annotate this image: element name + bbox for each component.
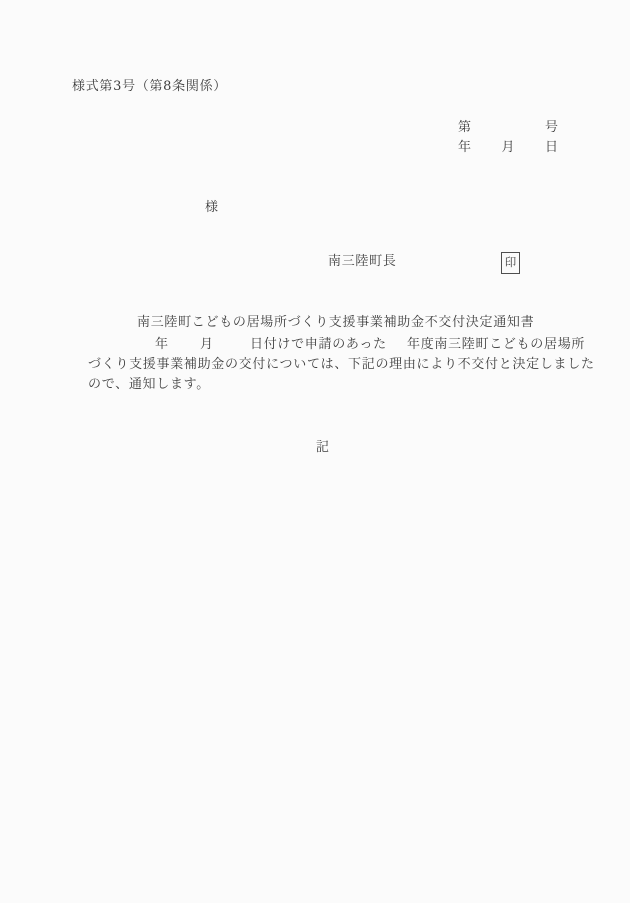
body-day-phrase: 日付けで申請のあった — [250, 338, 387, 351]
date-month-label: 月 — [501, 141, 514, 154]
body-fiscal-phrase: 年度南三陸町こどもの居場所 — [407, 338, 585, 351]
date-day-label: 日 — [545, 141, 558, 154]
body-year-label: 年 — [155, 338, 169, 351]
date-line: 年 月 日 — [458, 141, 558, 154]
document-page: 様式第3号（第8条関係） 第 号 年 月 日 様 南三陸町長 印 南三陸町こども… — [0, 0, 630, 903]
doc-number-line: 第 号 — [458, 121, 558, 134]
seal-box: 印 — [501, 252, 520, 274]
doc-number-suffix: 号 — [545, 121, 558, 134]
doc-number-prefix: 第 — [458, 121, 471, 134]
document-title: 南三陸町こどもの居場所づくり支援事業補助金不交付決定通知書 — [137, 316, 534, 329]
date-year-label: 年 — [458, 141, 471, 154]
form-number: 様式第3号（第8条関係） — [72, 80, 227, 93]
sender-title: 南三陸町長 — [328, 255, 397, 268]
record-marker: 記 — [316, 441, 330, 454]
body-month-label: 月 — [200, 338, 214, 351]
addressee-suffix: 様 — [205, 201, 219, 214]
body-line-3: ので、通知します。 — [88, 378, 210, 391]
seal-label: 印 — [505, 257, 517, 269]
body-line-2: づくり支援事業補助金の交付については、下記の理由により不交付と決定しました — [88, 358, 595, 371]
